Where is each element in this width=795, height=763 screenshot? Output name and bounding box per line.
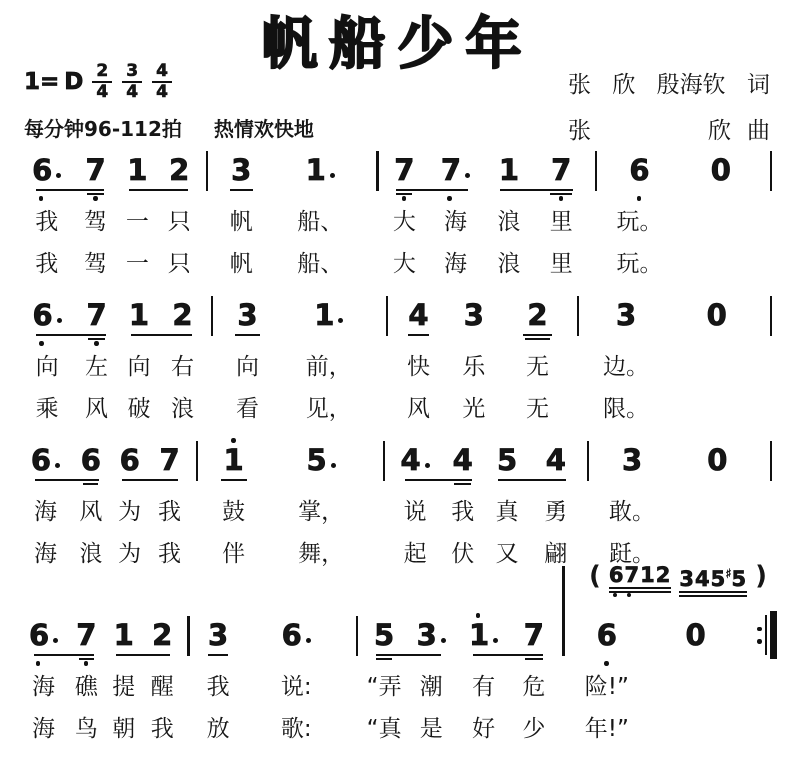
note-cell: 6海海: [20, 436, 71, 576]
beam-underline: [34, 654, 69, 656]
pitch-digit: 1: [129, 300, 149, 330]
note-cell: 0: [668, 291, 765, 431]
note-cell: 1提朝: [106, 611, 142, 751]
pitch-digit: 7: [394, 155, 414, 185]
open-paren: (: [589, 564, 601, 588]
credit-text: 词: [747, 66, 770, 99]
pickup-group-2: 345♯5: [679, 564, 747, 601]
high-octave-dot: [231, 438, 236, 443]
note: 0: [677, 146, 765, 202]
augmentation-dot: [56, 173, 61, 178]
note: 1: [486, 146, 532, 202]
note-cell: 6玩。玩。: [602, 146, 676, 286]
note-cell: 6险!”年!”: [569, 611, 644, 751]
lyric-verse1: 海: [20, 492, 71, 534]
beam-underline: [147, 479, 178, 481]
note-cell: 0: [644, 611, 747, 751]
beam-underline: [221, 479, 247, 481]
beam-underline: [235, 334, 260, 336]
note-cell: 3潮是: [406, 611, 457, 751]
thick-bar: [770, 611, 777, 659]
note-cell: 7里里: [532, 146, 590, 286]
lyric-verse2: [668, 389, 765, 431]
note-cell: 1浪浪: [486, 146, 532, 286]
credit-text: 殷海钦: [657, 66, 726, 99]
note: 7: [149, 436, 191, 492]
repeat-end-barline: [747, 611, 777, 751]
beam-underline: [527, 479, 566, 481]
note: 7: [383, 146, 425, 202]
augmentation-dot: [425, 463, 430, 468]
beam-underline: [508, 654, 543, 656]
note-cell: 5“弄“真: [363, 611, 406, 751]
beam-underline: [230, 189, 253, 191]
lyric-verse1: 右: [159, 347, 206, 389]
time-signature: 24: [92, 62, 112, 102]
beam-underline: [405, 479, 443, 481]
lyric-verse1: [670, 492, 765, 534]
pitch-digit: 3: [231, 155, 251, 185]
time-signature: 44: [152, 62, 172, 102]
note-cell: 1向破: [119, 291, 159, 431]
credit-text: 欣: [708, 112, 731, 145]
meter-numerator: 2: [92, 62, 112, 83]
lyric-verse2: 光: [444, 389, 503, 431]
pitch-digit: 3: [622, 445, 642, 475]
lyric-verse1: 前，: [277, 347, 381, 389]
lyric-verse1: [668, 347, 765, 389]
lyric-verse1: 为: [111, 492, 149, 534]
tempo-row: 每分钟96-112拍 热情欢快地: [24, 113, 314, 142]
pitch-digit: 6: [32, 155, 52, 185]
barline: [201, 146, 213, 286]
barline: [378, 436, 390, 576]
pitch-digit: 2: [152, 620, 172, 650]
lyric-verse2: 我: [149, 534, 191, 576]
composer-credit: 张欣曲: [568, 112, 770, 145]
lyric-verse2: 看: [218, 389, 277, 431]
lyric-verse1: 里: [532, 202, 590, 244]
lyric-verse1: 乐: [444, 347, 503, 389]
sheet-music-page: 帆船少年 1= D 243444 张欣殷海钦词 张欣曲 每分钟96-112拍 热…: [0, 0, 795, 763]
beam-underline: [208, 654, 228, 656]
pitch-digit: 3: [237, 300, 257, 330]
pitch-digit: 6: [597, 620, 617, 650]
credit-text: 曲: [747, 112, 770, 145]
lyric-verse1: 无: [503, 347, 571, 389]
lyric-verse2: 好: [457, 709, 510, 751]
lyric-verse1: “弄: [363, 667, 406, 709]
lyric-verse1: 只: [157, 202, 201, 244]
lyric-verse2: “真: [363, 709, 406, 751]
lyric-verse2: 伏: [441, 534, 485, 576]
note-cell: 7我我: [149, 436, 191, 576]
lyric-verse1: 鼓: [203, 492, 265, 534]
note: 6: [20, 291, 74, 347]
lyric-verse2: 起: [390, 534, 441, 576]
augmentation-dot: [465, 173, 470, 178]
second-beam-underline: [87, 193, 104, 195]
pickup-digits: 6712: [609, 563, 671, 587]
pitch-digit: 0: [711, 155, 731, 185]
pitch-digit: 1: [469, 620, 489, 650]
lyric-verse1: 驾: [73, 202, 117, 244]
note: 2: [503, 291, 571, 347]
augmentation-dot: [441, 638, 446, 643]
lyric-verse2: 浪: [71, 534, 111, 576]
augmentation-dot: [53, 638, 58, 643]
note-cell: 7大大: [383, 146, 425, 286]
pitch-digit: 2: [172, 300, 192, 330]
note-cell: 4勇翩: [529, 436, 582, 576]
note-cell: 3帆帆: [213, 146, 269, 286]
pickup-digits: 5: [731, 567, 747, 591]
low-octave-dot: [604, 661, 609, 666]
note-cell: 2只只: [157, 146, 201, 286]
note-cell: 4说起: [390, 436, 441, 576]
credit-text: 张: [568, 112, 591, 145]
second-beam-underline: [83, 483, 98, 485]
pitch-digit: 7: [159, 445, 179, 475]
note: 3: [213, 146, 269, 202]
note: 3: [594, 436, 669, 492]
note-cell: 2无无: [503, 291, 571, 431]
note: 7: [73, 146, 117, 202]
note: 7: [74, 291, 119, 347]
barline: [183, 611, 195, 751]
pitch-digit: 4: [453, 445, 473, 475]
beam-underline: [71, 189, 104, 191]
close-paren: ): [755, 564, 767, 588]
lyric-verse1: 边。: [584, 347, 669, 389]
lyric-verse2: 放: [195, 709, 242, 751]
second-beam-underline: [396, 193, 412, 195]
lyric-verse2: 玩。: [602, 244, 676, 286]
lyric-verse2: [644, 709, 747, 751]
credit-text-group: 欣曲: [708, 112, 770, 145]
lyric-verse1: 海: [425, 202, 485, 244]
meter-denominator: 4: [122, 83, 142, 102]
note: 1: [277, 291, 381, 347]
lyric-verse1: 提: [106, 667, 142, 709]
low-octave-dot: [39, 196, 44, 201]
pitch-digit: 5: [497, 445, 517, 475]
note-cell: 7左风: [74, 291, 119, 431]
pitch-digit: 1: [314, 300, 334, 330]
lyric-verse1: 真: [485, 492, 529, 534]
high-octave-dot: [476, 613, 481, 618]
pitch-digit: 5: [374, 620, 394, 650]
pitch-digit: 6: [120, 445, 140, 475]
tempo-marking: 每分钟96-112拍: [24, 113, 182, 142]
pitch-digit: 2: [169, 155, 189, 185]
note: 0: [668, 291, 765, 347]
time-signature: 34: [122, 62, 142, 102]
beam-underline: [530, 189, 573, 191]
note-cell: 3敢。跹。: [594, 436, 669, 576]
note: 1: [119, 291, 159, 347]
music-system: 6海海6风浪6为为7我我1鼓伴5掌，舞，4说起4我伏5真又4勇翩3敢。跹。0: [20, 436, 777, 576]
augmentation-dot: [57, 318, 62, 323]
pitch-digit: 6: [629, 155, 649, 185]
pitch-digit: 1: [127, 155, 147, 185]
lyric-verse1: 快: [393, 347, 445, 389]
pitch-digit: 6: [81, 445, 101, 475]
note-cell: 3向看: [218, 291, 277, 431]
low-octave-dot: [39, 341, 44, 346]
lyric-verse2: 浪: [486, 244, 532, 286]
lyric-verse1: 醒: [142, 667, 183, 709]
note-cell: 2右浪: [159, 291, 206, 431]
lyric-verse2: 舞，: [265, 534, 378, 576]
note: 0: [644, 611, 747, 667]
pitch-digit: 7: [441, 155, 461, 185]
expression-marking: 热情欢快地: [214, 113, 314, 142]
lyric-verse1: 左: [74, 347, 119, 389]
note: 6: [602, 146, 676, 202]
pitch-digit: 0: [707, 300, 727, 330]
pitch-digit: 6: [29, 620, 49, 650]
lyric-verse2: 少: [510, 709, 557, 751]
lyric-verse1: [644, 667, 747, 709]
credits: 张欣殷海钦词 张欣曲: [568, 66, 770, 145]
barline: [765, 436, 777, 576]
note-cell: 6说:歌:: [242, 611, 351, 751]
low-octave-dot: [559, 196, 564, 201]
lyric-verse1: 浪: [486, 202, 532, 244]
note-cell: 1前，见，: [277, 291, 381, 431]
lyric-verse2: 是: [406, 709, 457, 751]
note: 6: [20, 611, 67, 667]
note: 4: [529, 436, 582, 492]
note: 3: [444, 291, 503, 347]
pitch-digit: 7: [76, 620, 96, 650]
low-octave-dot: [93, 196, 98, 201]
meter-denominator: 4: [152, 83, 172, 102]
pitch-digit: 1: [306, 155, 326, 185]
pitch-digit: 7: [524, 620, 544, 650]
pitch-digit: 1: [499, 155, 519, 185]
music-system: 6向乘7左风1向破2右浪3向看1前，见，4快风3乐光2无无3边。限。0: [20, 291, 777, 431]
barline: [191, 436, 203, 576]
note-cell: 2醒我: [142, 611, 183, 751]
barline: [381, 291, 393, 431]
lyric-verse1: 我: [441, 492, 485, 534]
lyric-verse2: 翩: [529, 534, 582, 576]
note: 3: [584, 291, 669, 347]
pitch-digit: 7: [86, 300, 106, 330]
lyric-verse1: 敢。: [594, 492, 669, 534]
lyric-verse1: 危: [510, 667, 557, 709]
low-octave-dot: [637, 196, 642, 201]
lyric-verse2: 海: [20, 709, 67, 751]
note-cell: 4我伏: [441, 436, 485, 576]
note: 6: [20, 146, 73, 202]
lyric-verse2: 海: [425, 244, 485, 286]
lyric-verse2: 歌:: [242, 709, 351, 751]
note: 6: [20, 436, 71, 492]
lyric-verse1: 大: [383, 202, 425, 244]
pitch-digit: 6: [31, 445, 51, 475]
augmentation-dot: [493, 638, 498, 643]
lyric-verse2: 风: [74, 389, 119, 431]
pitch-digit: 7: [85, 155, 105, 185]
key-note: D: [64, 69, 83, 95]
note: 6: [569, 611, 644, 667]
note: 7: [67, 611, 106, 667]
note-cell: 6为为: [111, 436, 149, 576]
barline: [351, 611, 363, 751]
meter-list: 243444: [92, 62, 172, 102]
note: 1: [203, 436, 265, 492]
note-cell: 3边。限。: [584, 291, 669, 431]
note: 2: [142, 611, 183, 667]
lyric-verse2: 海: [20, 534, 71, 576]
pitch-digit: 6: [282, 620, 302, 650]
barline: [371, 146, 383, 286]
lyric-verse1: 有: [457, 667, 510, 709]
lyric-verse1: 向: [119, 347, 159, 389]
credit-text: 欣: [612, 66, 635, 99]
second-beam-underline: [454, 483, 471, 485]
beam-underline: [423, 189, 467, 191]
lyric-verse2: 见，: [277, 389, 381, 431]
note: 3: [406, 611, 457, 667]
beam-underline: [69, 479, 99, 481]
note-cell: 0: [677, 146, 765, 286]
barline: [765, 146, 777, 286]
pitch-digit: 7: [551, 155, 571, 185]
note: 4: [393, 291, 445, 347]
note: 1: [269, 146, 371, 202]
pitch-digit: 4: [401, 445, 421, 475]
pickup-phrase: ( 6712 345♯5 ): [589, 564, 767, 601]
note: 7: [425, 146, 485, 202]
lyric-verse1: 礁: [67, 667, 106, 709]
beam-underline: [36, 189, 75, 191]
meter-numerator: 4: [152, 62, 172, 83]
lyric-verse1: 我: [195, 667, 242, 709]
lyric-verse1: 掌，: [265, 492, 378, 534]
augmentation-dot: [306, 638, 311, 643]
beam-underline: [523, 334, 552, 336]
low-octave-dot: [627, 593, 631, 597]
lyric-verse2: 朝: [106, 709, 142, 751]
note: 2: [157, 146, 201, 202]
pitch-digit: 6: [32, 300, 52, 330]
note-cell: 1船、船、: [269, 146, 371, 286]
second-beam-underline: [525, 658, 543, 660]
lyric-verse2: 无: [503, 389, 571, 431]
beam-underline: [72, 334, 105, 336]
lyric-verse1: 向: [20, 347, 74, 389]
note-cell: 6我我: [20, 146, 73, 286]
beam-underline: [65, 654, 94, 656]
note-cell: 7海海: [425, 146, 485, 286]
barline: [572, 291, 584, 431]
note-cell: 5真又: [485, 436, 529, 576]
note: 7: [510, 611, 557, 667]
lyric-verse1: [677, 202, 765, 244]
note: 6: [242, 611, 351, 667]
note: 1: [106, 611, 142, 667]
augmentation-dot: [331, 463, 336, 468]
pitch-digit: 1: [114, 620, 134, 650]
lyric-verse2: 又: [485, 534, 529, 576]
note: 0: [670, 436, 765, 492]
lyric-verse2: 伴: [203, 534, 265, 576]
lyric-verse1: 海: [20, 667, 67, 709]
pitch-digit: 0: [707, 445, 727, 475]
lyric-verse2: 年!”: [569, 709, 644, 751]
pitch-digit: 5: [307, 445, 327, 475]
lyric-verse2: 帆: [213, 244, 269, 286]
beam-underline: [439, 479, 472, 481]
note: 1: [118, 146, 158, 202]
note-cell: 7礁鸟: [67, 611, 106, 751]
note: 1: [457, 611, 510, 667]
second-beam-underline: [376, 658, 392, 660]
credit-text: 张: [568, 66, 591, 99]
note: 2: [159, 291, 206, 347]
note-cell: 7驾驾: [73, 146, 117, 286]
lyric-verse2: 乘: [20, 389, 74, 431]
barline: [557, 611, 569, 751]
lyric-verse1: 风: [71, 492, 111, 534]
augmentation-dot: [338, 318, 343, 323]
second-beam-underline: [79, 658, 94, 660]
lyric-verse2: 浪: [159, 389, 206, 431]
note: 6: [71, 436, 111, 492]
augmentation-dot: [330, 173, 335, 178]
beam-underline: [500, 189, 535, 191]
pitch-digit: 2: [527, 300, 547, 330]
pickup-group-1: 6712: [609, 564, 671, 597]
note-cell: 6风浪: [71, 436, 111, 576]
lyric-verse1: 勇: [529, 492, 582, 534]
lyric-verse2: 鸟: [67, 709, 106, 751]
lyric-verse2: 风: [393, 389, 445, 431]
lyric-verse1: 帆: [213, 202, 269, 244]
barline: [590, 146, 602, 286]
low-octave-dot: [447, 196, 452, 201]
pitch-digit: 1: [224, 445, 244, 475]
lyric-verse2: [677, 244, 765, 286]
thin-bar: [765, 615, 767, 655]
lyric-verse2: 只: [157, 244, 201, 286]
pitch-digit: 3: [208, 620, 228, 650]
lyric-verse2: 破: [119, 389, 159, 431]
beam-underline: [140, 654, 170, 656]
lyric-verse2: 为: [111, 534, 149, 576]
low-octave-dot: [613, 593, 617, 597]
note: 5: [485, 436, 529, 492]
second-beam-underline: [550, 193, 572, 195]
pitch-digit: 4: [408, 300, 428, 330]
lyric-verse1: 玩。: [602, 202, 676, 244]
note: 3: [195, 611, 242, 667]
note-cell: 5掌，舞，: [265, 436, 378, 576]
pitch-digit: 4: [546, 445, 566, 475]
pickup-digits: 345: [679, 567, 726, 591]
lyric-verse2: 我: [142, 709, 183, 751]
lyric-verse1: 潮: [406, 667, 457, 709]
lyric-verse2: 船、: [269, 244, 371, 286]
note: 6: [111, 436, 149, 492]
meter-denominator: 4: [92, 83, 112, 102]
note: 5: [265, 436, 378, 492]
lyric-verse1: 说: [390, 492, 441, 534]
